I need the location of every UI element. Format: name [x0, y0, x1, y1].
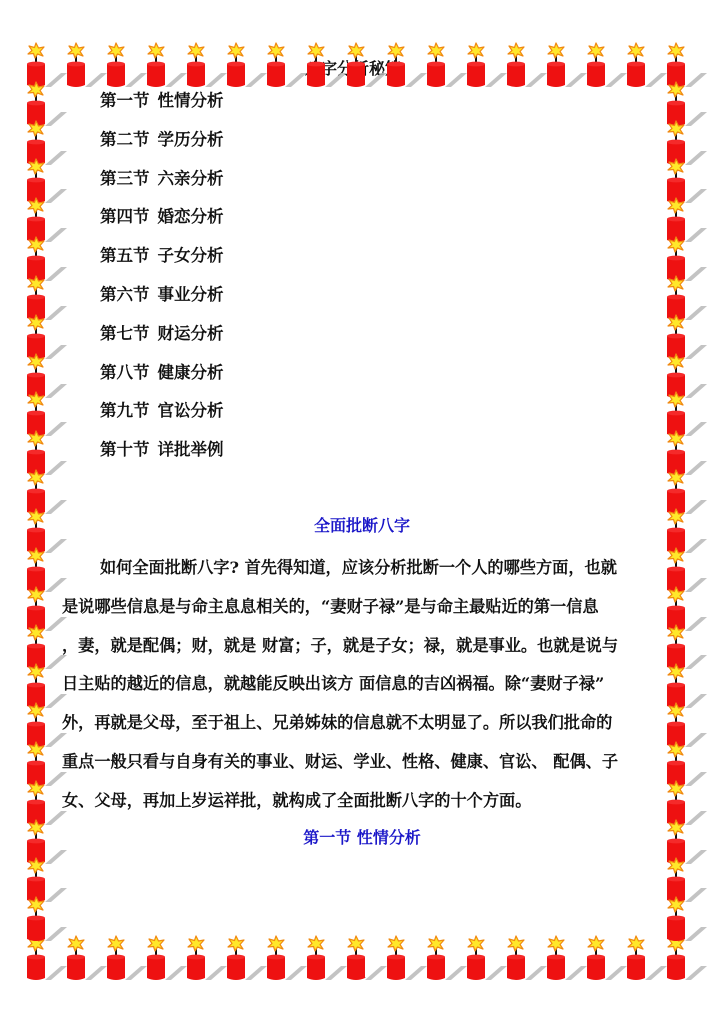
firecracker-icon — [27, 897, 67, 941]
firecracker-icon — [187, 43, 227, 87]
firecracker-icon — [27, 82, 67, 126]
firecracker-icon — [107, 43, 147, 87]
firecracker-icon — [67, 43, 107, 87]
toc-item: 第七节财运分析 — [100, 323, 224, 362]
firecracker-icon — [27, 858, 67, 902]
firecracker-icon — [667, 664, 707, 708]
firecracker-icon — [27, 159, 67, 203]
toc-item-number: 第七节 — [100, 323, 150, 345]
firecracker-icon — [27, 198, 67, 242]
firecracker-icon — [27, 43, 67, 87]
toc-item-label: 健康分析 — [158, 363, 224, 382]
firecracker-icon — [27, 315, 67, 359]
toc-item-number: 第二节 — [100, 129, 150, 151]
toc-item-number: 第九节 — [100, 400, 150, 422]
firecracker-icon — [667, 742, 707, 786]
firecracker-icon — [667, 43, 707, 87]
firecracker-icon — [667, 121, 707, 165]
firecracker-icon — [27, 470, 67, 514]
firecracker-icon — [227, 43, 267, 87]
firecracker-icon — [27, 664, 67, 708]
body-line: 日主贴的越近的信息，就越能反映出该方 面信息的吉凶祸福。除“妻财子禄” — [62, 665, 660, 704]
firecracker-icon — [27, 703, 67, 747]
toc-item: 第一节性情分析 — [100, 90, 224, 129]
firecracker-icon — [587, 43, 627, 87]
toc-item-label: 学历分析 — [158, 130, 224, 149]
firecracker-icon — [27, 237, 67, 281]
firecracker-icon — [27, 354, 67, 398]
firecracker-icon — [667, 703, 707, 747]
toc-item-label: 婚恋分析 — [158, 207, 224, 226]
firecracker-icon — [267, 43, 307, 87]
firecracker-icon — [667, 897, 707, 941]
firecracker-icon — [667, 392, 707, 436]
toc-item: 第十节详批举例 — [100, 439, 224, 478]
firecracker-icon — [27, 548, 67, 592]
toc-item: 第二节学历分析 — [100, 129, 224, 168]
toc-item-number: 第四节 — [100, 206, 150, 228]
body-line: 重点一般只看与自身有关的事业、财运、学业、性格、健康、官讼、 配偶、子 — [62, 743, 660, 782]
firecracker-icon — [667, 354, 707, 398]
firecracker-icon — [627, 43, 667, 87]
firecracker-icon — [27, 587, 67, 631]
toc-item-label: 性情分析 — [158, 91, 224, 110]
toc-item-number: 第六节 — [100, 284, 150, 306]
toc-item-label: 子女分析 — [158, 246, 224, 265]
subsection-heading: 第一节 性情分析 — [0, 825, 724, 848]
page-number: 1 — [0, 962, 724, 983]
firecracker-icon — [667, 82, 707, 126]
toc-item: 第九节官讼分析 — [100, 400, 224, 439]
firecracker-icon — [27, 392, 67, 436]
firecracker-icon — [427, 43, 467, 87]
toc-item: 第八节健康分析 — [100, 362, 224, 401]
section-heading: 全面批断八字 — [0, 513, 724, 536]
document-page: 八字分析秘笈 — [0, 0, 724, 1024]
firecracker-icon — [667, 198, 707, 242]
body-line: 女、父母，再加上岁运祥批，就构成了全面批断八字的十个方面。 — [62, 782, 660, 821]
toc-item: 第四节婚恋分析 — [100, 206, 224, 245]
firecracker-icon — [667, 470, 707, 514]
toc-item-number: 第三节 — [100, 168, 150, 190]
firecracker-icon — [667, 548, 707, 592]
firecracker-icon — [667, 431, 707, 475]
table-of-contents: 第一节性情分析 第二节学历分析 第三节六亲分析 第四节婚恋分析 第五节子女分析 … — [100, 90, 224, 478]
firecracker-icon — [147, 43, 187, 87]
firecracker-icon — [27, 276, 67, 320]
firecracker-icon — [667, 237, 707, 281]
firecracker-icon — [667, 858, 707, 902]
toc-item: 第三节六亲分析 — [100, 168, 224, 207]
firecracker-icon — [27, 625, 67, 669]
body-line: 如何全面批断八字? 首先得知道，应该分析批断一个人的哪些方面，也就 — [62, 549, 660, 588]
toc-item-label: 详批举例 — [158, 440, 224, 459]
toc-item-number: 第十节 — [100, 439, 150, 461]
firecracker-icon — [27, 431, 67, 475]
firecracker-icon — [27, 742, 67, 786]
toc-item-number: 第五节 — [100, 245, 150, 267]
firecracker-icon — [467, 43, 507, 87]
firecracker-icon — [667, 276, 707, 320]
firecracker-icon — [667, 315, 707, 359]
body-line: 是说哪些信息是与命主息息相关的，“妻财子禄”是与命主最贴近的第一信息 — [62, 588, 660, 627]
body-line: 外，再就是父母，至于祖上、兄弟姊妹的信息就不太明显了。所以我们批命的 — [62, 704, 660, 743]
firecracker-icon — [667, 159, 707, 203]
firecracker-icon — [547, 43, 587, 87]
toc-item-label: 六亲分析 — [158, 169, 224, 188]
toc-item: 第六节事业分析 — [100, 284, 224, 323]
toc-item-label: 官讼分析 — [158, 401, 224, 420]
toc-item-number: 第八节 — [100, 362, 150, 384]
body-paragraph: 如何全面批断八字? 首先得知道，应该分析批断一个人的哪些方面，也就 是说哪些信息… — [62, 549, 660, 821]
firecracker-icon — [667, 781, 707, 825]
firecracker-icon — [667, 625, 707, 669]
firecracker-icon — [27, 781, 67, 825]
toc-item: 第五节子女分析 — [100, 245, 224, 284]
body-line: ，妻，就是配偶；财，就是 财富；子，就是子女；禄，就是事业。也就是说与 — [62, 627, 660, 666]
firecracker-icon — [27, 121, 67, 165]
toc-item-label: 事业分析 — [158, 285, 224, 304]
toc-item-number: 第一节 — [100, 90, 150, 112]
firecracker-icon — [667, 587, 707, 631]
document-title: 八字分析秘笈 — [305, 56, 401, 79]
firecracker-icon — [507, 43, 547, 87]
toc-item-label: 财运分析 — [158, 324, 224, 343]
